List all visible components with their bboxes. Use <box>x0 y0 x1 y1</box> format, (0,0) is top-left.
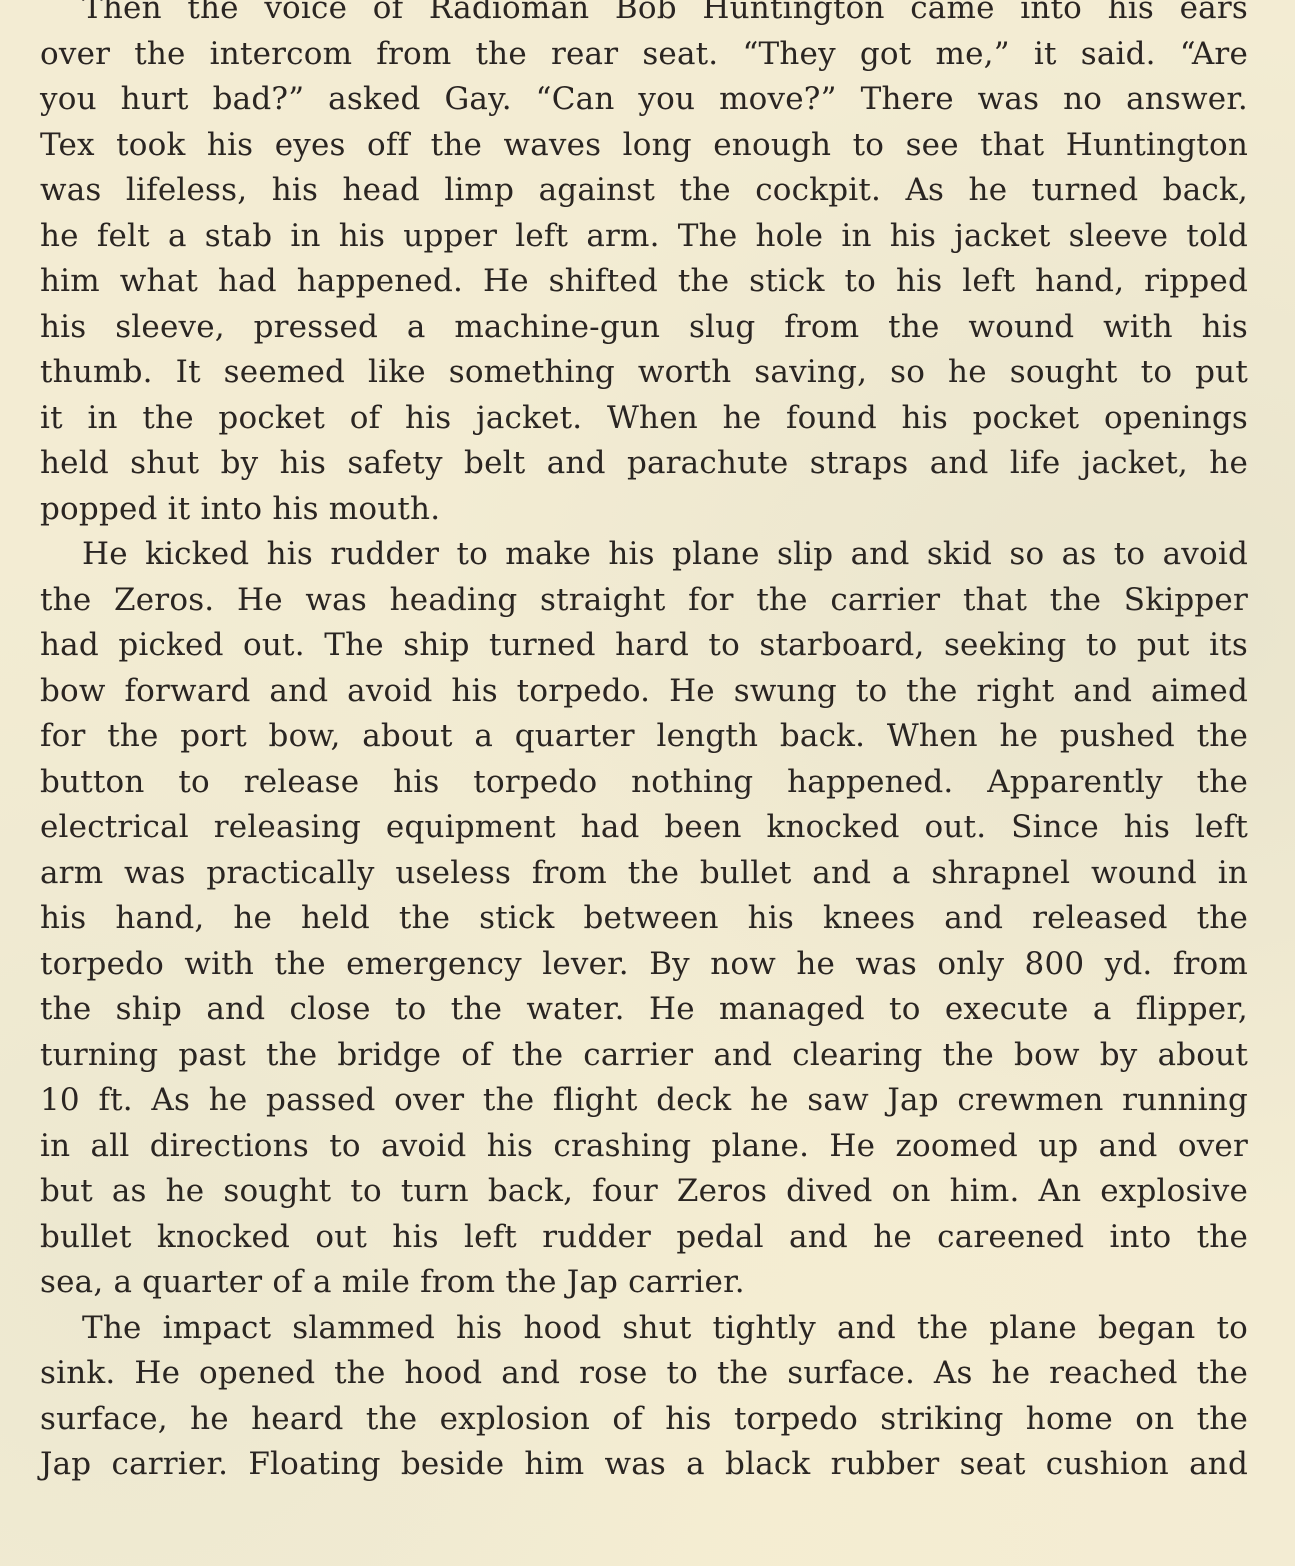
book-page: Then the voice of Radioman Bob Huntingto… <box>40 0 1248 1488</box>
text-line: was lifeless, his head limp against the … <box>40 168 1248 214</box>
text-line: in all directions to avoid his crashing … <box>40 1124 1248 1170</box>
text-line: surface, he heard the explosion of his t… <box>40 1397 1248 1443</box>
text-line: sink. He opened the hood and rose to the… <box>40 1351 1248 1397</box>
text-line: Then the voice of Radioman Bob Huntingto… <box>40 0 1248 32</box>
text-line: you hurt bad?” asked Gay. “Can you move?… <box>40 77 1248 123</box>
text-line: Jap carrier. Floating beside him was a b… <box>40 1442 1248 1488</box>
text-line: bow forward and avoid his torpedo. He sw… <box>40 669 1248 715</box>
text-line: but as he sought to turn back, four Zero… <box>40 1169 1248 1215</box>
text-line: had picked out. The ship turned hard to … <box>40 623 1248 669</box>
text-line: 10 ft. As he passed over the flight deck… <box>40 1078 1248 1124</box>
text-line: him what had happened. He shifted the st… <box>40 259 1248 305</box>
text-line: torpedo with the emergency lever. By now… <box>40 942 1248 988</box>
text-line: for the port bow, about a quarter length… <box>40 714 1248 760</box>
text-line: bullet knocked out his left rudder pedal… <box>40 1215 1248 1261</box>
text-line: button to release his torpedo nothing ha… <box>40 760 1248 806</box>
text-line: held shut by his safety belt and parachu… <box>40 441 1248 487</box>
text-line: arm was practically useless from the bul… <box>40 851 1248 897</box>
text-line: popped it into his mouth. <box>40 487 1248 533</box>
text-line: sea, a quarter of a mile from the Jap ca… <box>40 1260 1248 1306</box>
text-line: thumb. It seemed like something worth sa… <box>40 350 1248 396</box>
text-line: He kicked his rudder to make his plane s… <box>40 532 1248 578</box>
text-line: his hand, he held the stick between his … <box>40 896 1248 942</box>
text-line: over the intercom from the rear seat. “T… <box>40 32 1248 78</box>
text-line: he felt a stab in his upper left arm. Th… <box>40 214 1248 260</box>
text-line: Tex took his eyes off the waves long eno… <box>40 123 1248 169</box>
paragraph-1: Then the voice of Radioman Bob Huntingto… <box>40 0 1248 532</box>
text-line: it in the pocket of his jacket. When he … <box>40 396 1248 442</box>
paragraph-3: The impact slammed his hood shut tightly… <box>40 1306 1248 1488</box>
text-line: the ship and close to the water. He mana… <box>40 987 1248 1033</box>
text-line: his sleeve, pressed a machine-gun slug f… <box>40 305 1248 351</box>
text-line: turning past the bridge of the carrier a… <box>40 1033 1248 1079</box>
text-line: The impact slammed his hood shut tightly… <box>40 1306 1248 1352</box>
text-line: electrical releasing equipment had been … <box>40 805 1248 851</box>
paragraph-2: He kicked his rudder to make his plane s… <box>40 532 1248 1306</box>
text-line: the Zeros. He was heading straight for t… <box>40 578 1248 624</box>
